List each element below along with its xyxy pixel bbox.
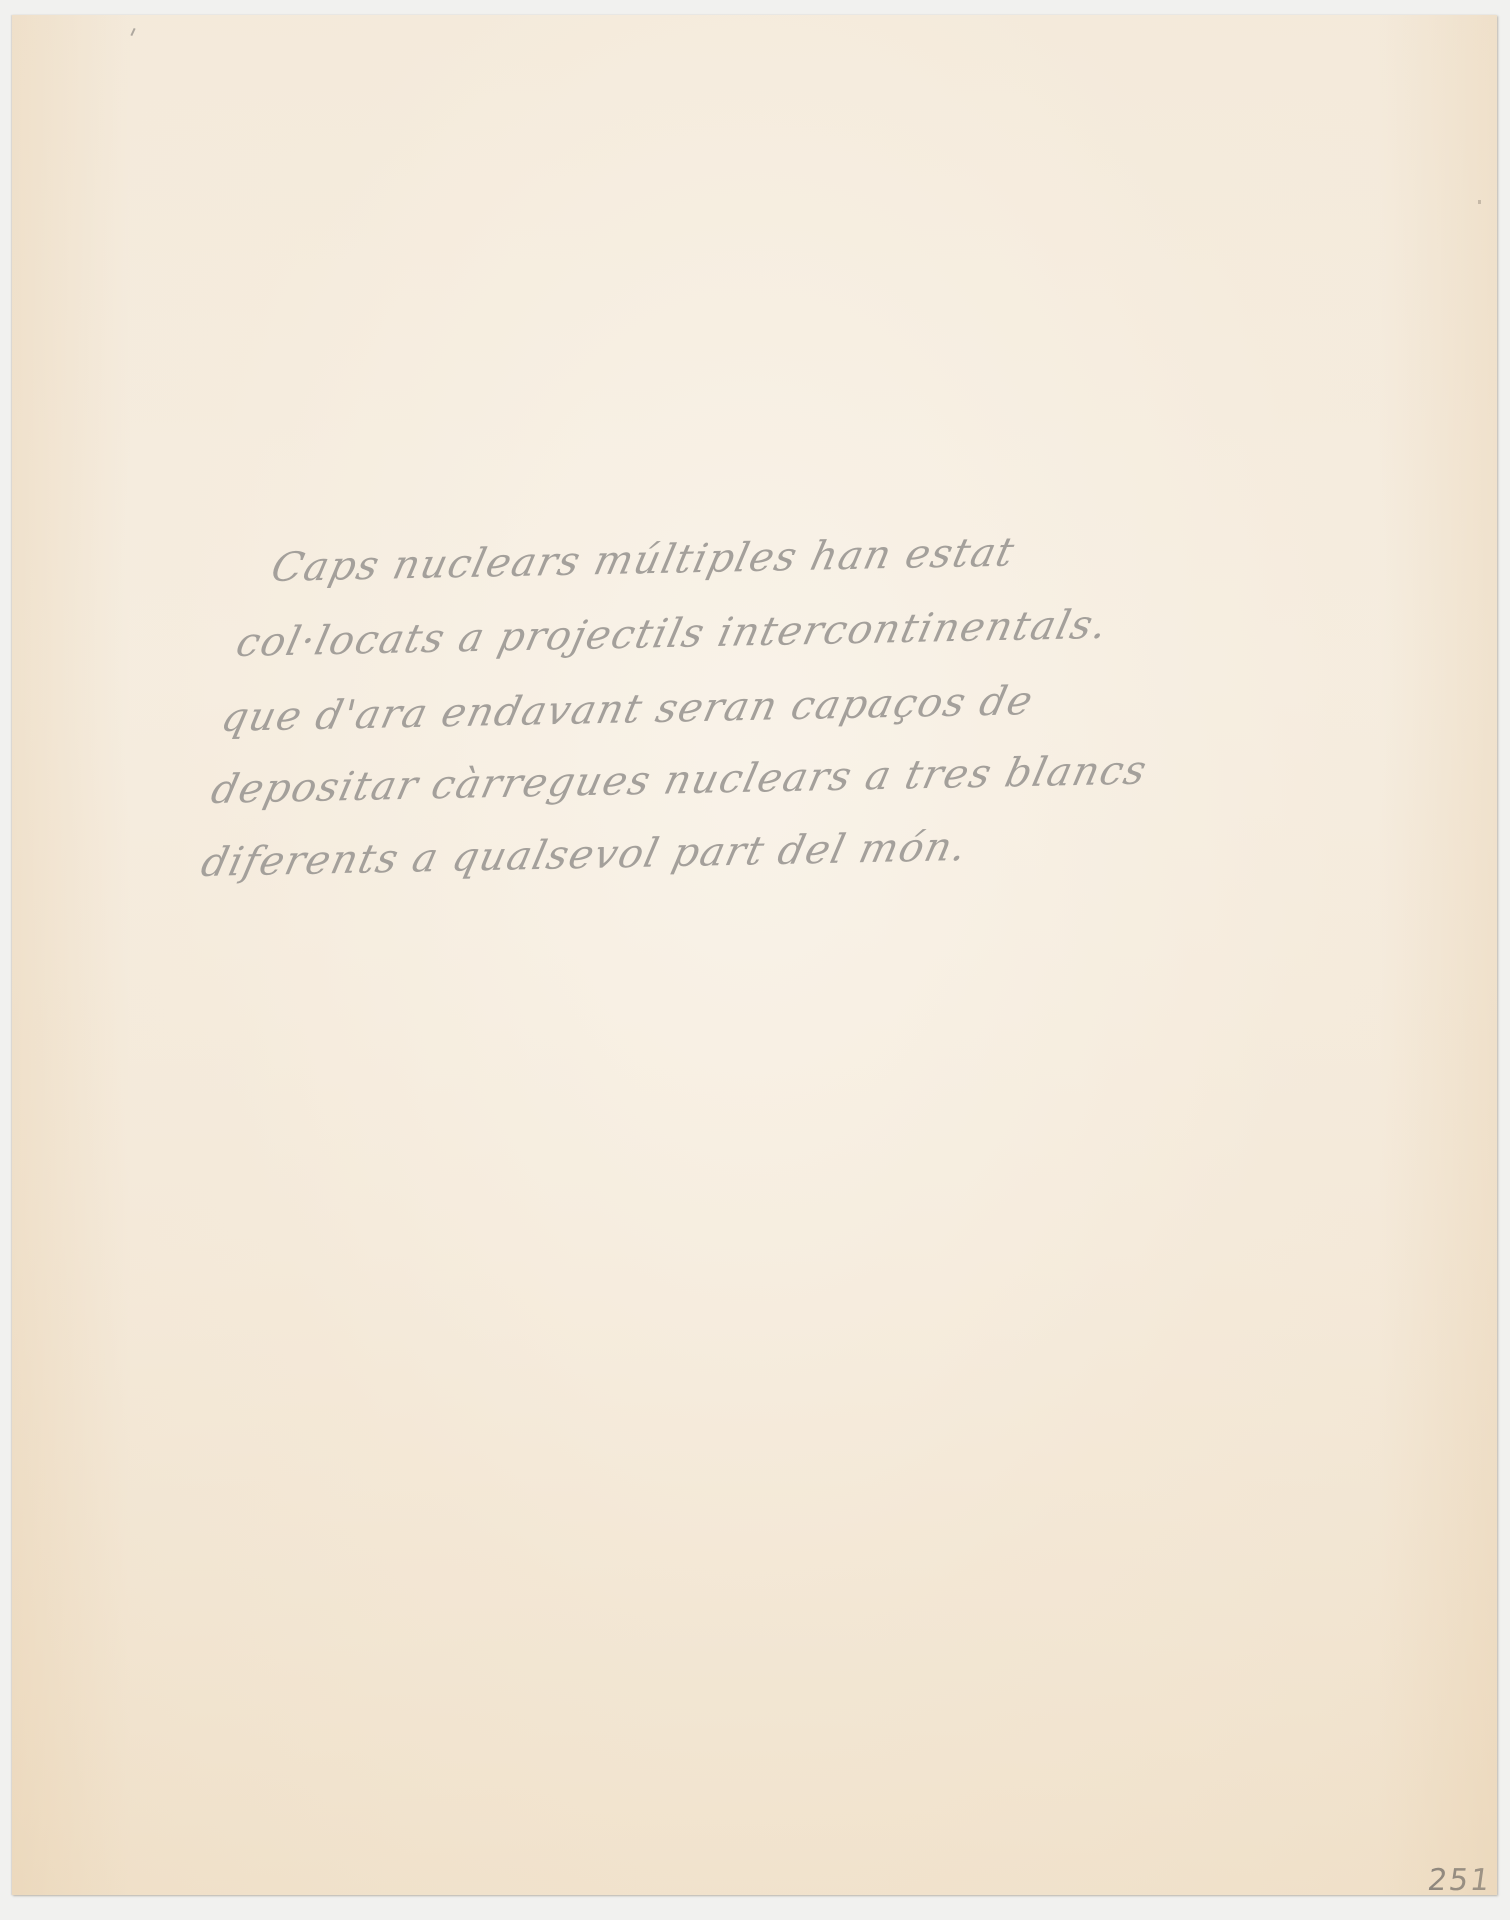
handwritten-line-2: col·locats a projectils intercontinental… — [232, 602, 1113, 666]
handwritten-line-3: que d'ara endavant seran capaços de — [217, 678, 1038, 741]
page-number: 251 — [1426, 1863, 1494, 1898]
handwritten-line-5: diferents a qualsevol part del món. — [197, 824, 972, 886]
paper-speck — [1478, 200, 1481, 204]
pencil-mark — [130, 28, 135, 36]
handwritten-line-1: Caps nuclears múltiples han estat — [267, 530, 1020, 591]
paper-page: Caps nuclears múltiples han estat col·lo… — [12, 15, 1497, 1895]
handwritten-line-4: depositar càrregues nuclears a tres blan… — [207, 748, 1152, 813]
